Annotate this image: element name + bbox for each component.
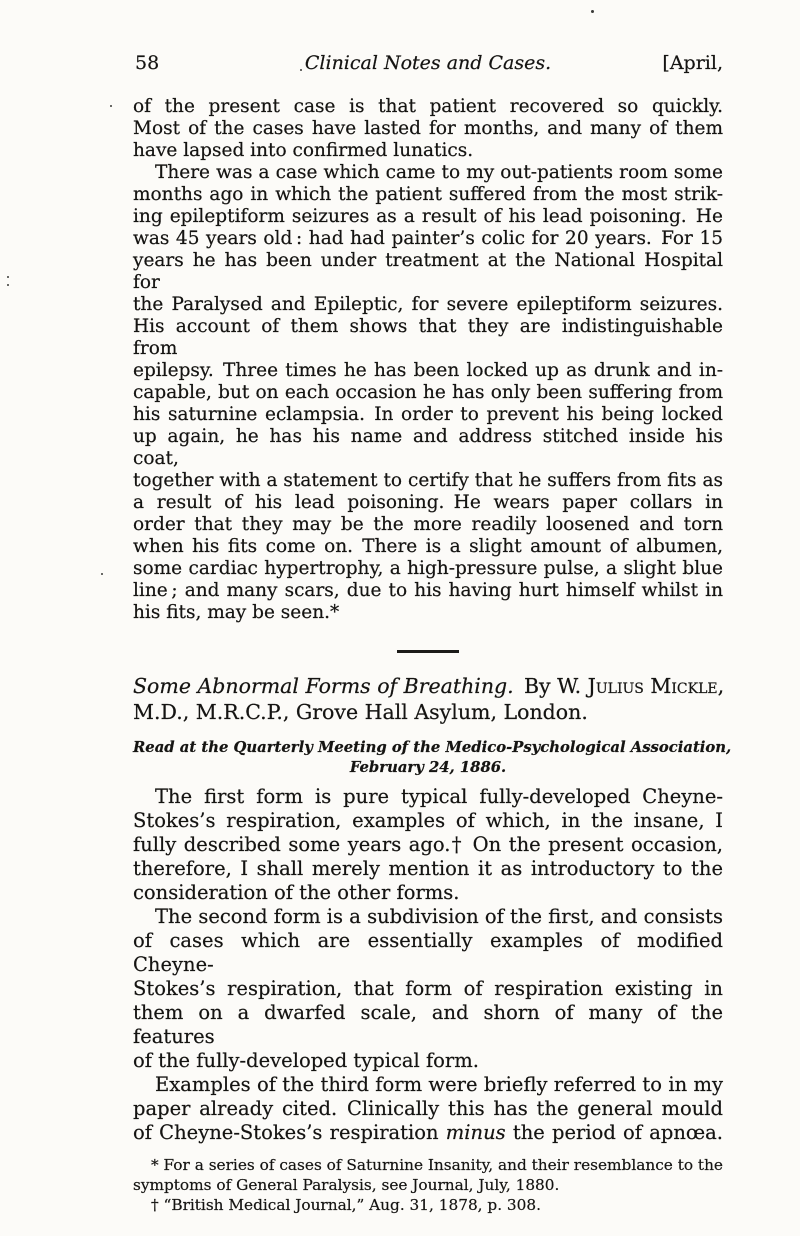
- text-line: epilepsy. Three times he has been locked…: [133, 360, 723, 382]
- article-title-line1: Some Abnormal Forms of Breathing. By W. …: [133, 673, 723, 699]
- text-line: consideration of the other forms.: [133, 881, 723, 905]
- text-line: There was a case which came to my out-pa…: [133, 162, 723, 184]
- text-line: years he has been under treatment at the…: [133, 250, 723, 294]
- paragraph: The first form is pure typical fully-dev…: [133, 785, 723, 905]
- scanned-journal-page: 58 Clinical Notes and Cases. [April, of …: [0, 0, 800, 1236]
- text-line: his fits, may be seen.*: [133, 602, 723, 624]
- text-line: was 45 years old : had had painter’s col…: [133, 228, 723, 250]
- article-body: The first form is pure typical fully-dev…: [133, 785, 723, 1145]
- text-line: some cardiac hypertrophy, a high-pressur…: [133, 558, 723, 580]
- section-divider: [397, 650, 459, 653]
- intro-section: of the present case is that patient reco…: [133, 96, 723, 624]
- text-line: his saturnine eclampsia. In order to pre…: [133, 404, 723, 426]
- issue-label: [April,: [662, 52, 723, 74]
- text-line: Examples of the third form were briefly …: [133, 1073, 723, 1097]
- text-line: Most of the cases have lasted for months…: [133, 118, 723, 140]
- text-line: Stokes’s respiration, examples of which,…: [133, 809, 723, 833]
- paragraph: * For a series of cases of Saturnine Ins…: [133, 1155, 723, 1195]
- text-segment: By W.: [514, 674, 588, 698]
- running-title: Clinical Notes and Cases.: [305, 52, 551, 74]
- text-line: His account of them shows that they are …: [133, 316, 723, 360]
- page-number: 58: [135, 52, 159, 74]
- text-line: The first form is pure typical fully-dev…: [133, 785, 723, 809]
- text-line: up again, he has his name and address st…: [133, 426, 723, 470]
- text-line: have lapsed into confirmed lunatics.: [133, 140, 723, 162]
- text-line: * For a series of cases of Saturnine Ins…: [133, 1155, 723, 1175]
- paragraph: of the present case is that patient reco…: [133, 96, 723, 162]
- text-line: them on a dwarfed scale, and shorn of ma…: [133, 1001, 723, 1049]
- text-segment: the period of apnœa.: [506, 1121, 723, 1144]
- text-line: when his fits come on. There is a slight…: [133, 536, 723, 558]
- paragraph: Read at the Quarterly Meeting of the Med…: [133, 738, 723, 778]
- text-line: months ago in which the patient suffered…: [133, 184, 723, 206]
- text-line: Stokes’s respiration, that form of respi…: [133, 977, 723, 1001]
- text-line: February 24, 1886.: [133, 758, 723, 778]
- text-line: of cases which are essentially examples …: [133, 929, 723, 977]
- text-line: of the fully-developed typical form.: [133, 1049, 723, 1073]
- scan-speck: [110, 105, 112, 107]
- running-header: 58 Clinical Notes and Cases. [April,: [133, 52, 723, 76]
- text-line: fully described some years ago.† On the …: [133, 833, 723, 857]
- article-title: Some Abnormal Forms of Breathing. By W. …: [133, 673, 723, 725]
- text-line: therefore, I shall merely mention it as …: [133, 857, 723, 881]
- article-subtitle: Read at the Quarterly Meeting of the Med…: [133, 738, 723, 778]
- text-line: a result of his lead poisoning. He wears…: [133, 492, 723, 514]
- text-line: capable, but on each occasion he has onl…: [133, 382, 723, 404]
- text-line: symptoms of General Paralysis, see Journ…: [133, 1175, 723, 1195]
- paragraph: There was a case which came to my out-pa…: [133, 162, 723, 624]
- paragraph: † “British Medical Journal,” Aug. 31, 18…: [133, 1195, 723, 1215]
- text-line: of Cheyne-Stokes’s respiration minus the…: [133, 1121, 723, 1145]
- paragraph: Examples of the third form were briefly …: [133, 1073, 723, 1145]
- text-line: ing epileptiform seizures as a result of…: [133, 206, 723, 228]
- text-column: 58 Clinical Notes and Cases. [April, of …: [133, 0, 723, 1215]
- text-line: paper already cited. Clinically this has…: [133, 1097, 723, 1121]
- paragraph: The second form is a subdivision of the …: [133, 905, 723, 1073]
- text-segment: Some Abnormal Forms of Breathing.: [133, 674, 514, 698]
- text-line: † “British Medical Journal,” Aug. 31, 18…: [133, 1195, 723, 1215]
- text-line: the Paralysed and Epileptic, for severe …: [133, 294, 723, 316]
- scan-speck: [7, 276, 9, 278]
- text-line: of the present case is that patient reco…: [133, 96, 723, 118]
- text-line: The second form is a subdivision of the …: [133, 905, 723, 929]
- footnotes-section: * For a series of cases of Saturnine Ins…: [133, 1155, 723, 1215]
- text-segment: of Cheyne-Stokes’s respiration: [133, 1121, 446, 1144]
- text-line: Read at the Quarterly Meeting of the Med…: [133, 738, 723, 758]
- article-title-line2: M.D., M.R.C.P., Grove Hall Asylum, Londo…: [133, 699, 723, 725]
- text-segment: Julius Mickle: [588, 674, 718, 698]
- text-segment: ,: [718, 674, 725, 698]
- text-line: order that they may be the more readily …: [133, 514, 723, 536]
- scan-speck: [101, 573, 103, 575]
- text-line: line ; and many scars, due to his having…: [133, 580, 723, 602]
- text-segment: minus: [446, 1121, 506, 1144]
- text-line: together with a statement to certify tha…: [133, 470, 723, 492]
- scan-speck: [7, 284, 9, 286]
